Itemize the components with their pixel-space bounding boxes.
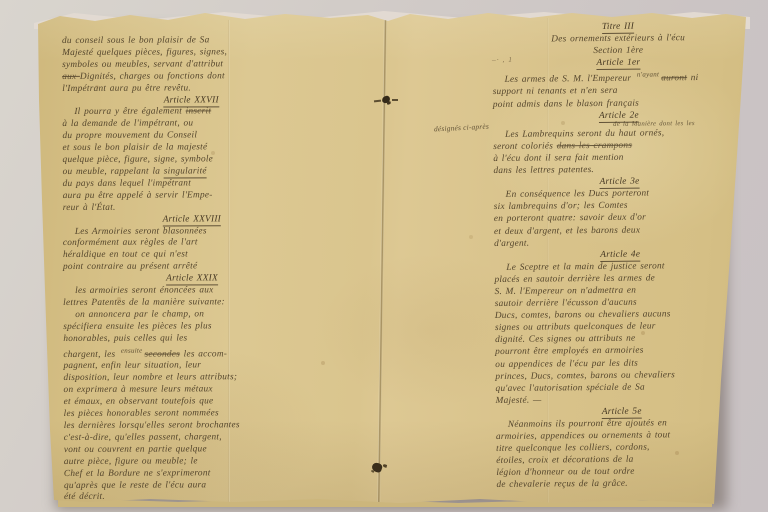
text-segment: quelque pièce, figure, signe, symbole xyxy=(63,154,214,165)
manuscript-line: disposition, leur nombre et leurs attrib… xyxy=(63,372,321,385)
text-segment: été décrit. xyxy=(64,492,105,502)
manuscript-line: les dernières lorsqu'elles seront brocha… xyxy=(64,420,322,433)
text-segment: chargent, les xyxy=(63,349,119,359)
text-segment: aux xyxy=(62,72,80,82)
manuscript-sheet: du conseil sous le bon plaisir de SaMaje… xyxy=(0,0,768,512)
manuscript-line: et sous le bon plaisir de la majesté xyxy=(62,142,320,155)
text-segment: dans les crampons xyxy=(557,141,633,152)
manuscript-line: on exprimera à mesure leurs métaux xyxy=(64,384,322,397)
text-segment: ou meuble, rappelant la xyxy=(63,167,164,177)
text-segment: du pays dans lequel l'impétrant xyxy=(63,178,191,189)
text-segment: les armoiries seront énoncées aux xyxy=(75,285,213,296)
text-segment: d'argent. xyxy=(494,238,529,248)
text-segment: six lambrequins d'or; les Comtes xyxy=(494,201,628,212)
manuscript-line: les armoiries seront énoncées aux xyxy=(63,285,321,298)
text-segment: placés en sautoir derrière les armes de xyxy=(494,273,655,285)
text-segment: conformément aux règles de l'art xyxy=(63,238,198,249)
text-segment: dans les lettres patentes. xyxy=(493,165,594,176)
manuscript-line: ou meuble, rappelant la singularité xyxy=(63,166,321,179)
text-segment: c'est-à-dire, qu'elles passent, chargent… xyxy=(64,432,222,443)
text-segment: en porteront quatre: savoir deux d'or xyxy=(494,213,646,224)
center-fold-line xyxy=(377,18,387,504)
text-segment: Les Lambrequins seront du haut ornés, xyxy=(505,128,664,140)
text-segment: signes ou attributs quelconques de leur xyxy=(495,322,656,334)
text-segment: Dignités, charges ou fonctions dont xyxy=(80,71,225,82)
text-segment: dignité. Ces signes ou attributs ne xyxy=(495,334,635,345)
right-page-text: Titre IIIDes ornements extérieurs à l'éc… xyxy=(492,20,748,492)
text-segment: inscrit xyxy=(186,107,212,117)
manuscript-line: qu'après que le reste de l'écu aura xyxy=(64,479,322,492)
manuscript-line: de chevalerie reçus de la grâce. xyxy=(496,477,748,492)
text-segment: Le Sceptre et la main de justice seront xyxy=(506,261,664,273)
text-segment: aura pu être appelé à servir l'Empe- xyxy=(63,190,213,201)
text-segment: héraldique en tout ce qui n'est xyxy=(63,250,188,261)
manuscript-line: aux Dignités, charges ou fonctions dont xyxy=(62,71,320,84)
manuscript-line: à la demande de l'impétrant, ou xyxy=(62,118,320,131)
text-segment: et deux d'argent, et les barons deux xyxy=(494,225,640,236)
text-segment: légion d'honneur ou de tout ordre xyxy=(496,467,634,478)
text-segment: Majesté quelques pièces, figures, signes… xyxy=(62,47,227,58)
manuscript-line: l'Impétrant aura pu être revêtu. xyxy=(62,82,320,95)
text-segment: autre pièce, figure ou meuble; le xyxy=(64,456,198,467)
text-segment: Il pourra y être également xyxy=(74,107,185,117)
manuscript-line: du conseil sous le bon plaisir de Sa xyxy=(62,35,320,48)
text-segment: les accom- xyxy=(180,349,227,359)
text-segment: Article XXVII xyxy=(164,95,219,107)
text-segment: secondes xyxy=(144,349,180,359)
manuscript-line: symboles ou meubles, servant d'attribut xyxy=(62,59,320,72)
margin-note: désignés ci-après xyxy=(434,122,489,134)
text-segment: reur à l'État. xyxy=(63,202,116,212)
text-segment: auront xyxy=(661,74,687,84)
manuscript-line: du propre mouvement du Conseil xyxy=(62,130,320,143)
text-segment: Article XXIX xyxy=(166,273,218,285)
text-segment: de la Manière dont les les xyxy=(613,120,695,128)
text-segment: disposition, leur nombre et leurs attrib… xyxy=(63,373,237,384)
left-page-text: du conseil sous le bon plaisir de SaMaje… xyxy=(62,35,322,504)
manuscript-line: du pays dans lequel l'impétrant xyxy=(63,178,321,191)
text-segment: Des ornements extérieurs à l'écu xyxy=(551,33,685,44)
text-segment: du conseil sous le bon plaisir de Sa xyxy=(62,35,209,46)
manuscript-line: et émaux, en observant toutefois que xyxy=(64,396,322,409)
text-segment: à la demande de l'impétrant, ou xyxy=(62,119,193,130)
stitch-blob xyxy=(381,95,390,104)
text-segment: point admis dans le blason français xyxy=(493,98,639,109)
text-segment: de chevalerie reçus de la grâce. xyxy=(496,479,627,490)
text-segment: et sous le bon plaisir de la majesté xyxy=(62,143,207,154)
text-segment: pourront être employés en armoiries xyxy=(495,346,643,357)
fold-stitch-ink-mark xyxy=(374,95,398,106)
manuscript-line: vont ou couvrent en partie quelque xyxy=(64,444,322,457)
text-segment: support ni tenants et n'en sera xyxy=(493,86,618,97)
text-segment: sautoir derrière l'écusson d'aucuns xyxy=(495,298,637,309)
text-segment: singularité xyxy=(164,166,207,178)
margin-mark: –· , 1 xyxy=(492,55,513,64)
text-segment: on annoncera par le champ, on xyxy=(75,309,204,320)
text-segment: du propre mouvement du Conseil xyxy=(62,131,197,142)
text-segment: n'ayant xyxy=(637,71,659,79)
manuscript-line: chargent, les ensuitesecondes les accom- xyxy=(63,344,321,361)
manuscript-line: Chef et la Bordure ne s'exprimeront xyxy=(64,467,322,480)
bottom-ink-blot xyxy=(371,462,383,474)
text-segment: seront coloriés xyxy=(493,141,557,152)
text-segment: lettres Patentes de la manière suivante: xyxy=(63,297,225,308)
text-segment: S. M. l'Empereur on n'admettra en xyxy=(495,286,637,297)
stitch-dash-right xyxy=(392,99,398,101)
text-segment: honorables, puis celles qui les xyxy=(63,333,187,344)
text-segment: les pièces honorables seront nommées xyxy=(64,408,219,419)
manuscript-line: Il pourra y être également inscrit xyxy=(62,106,320,119)
text-segment: qu'après que le reste de l'écu aura xyxy=(64,480,206,491)
manuscript-line: héraldique en tout ce qui n'est xyxy=(63,249,321,262)
text-segment: Chef et la Bordure ne s'exprimeront xyxy=(64,468,211,479)
manuscript-line: reur à l'État. xyxy=(63,202,321,215)
stitch-dash-left xyxy=(374,100,381,103)
manuscript-line: aura pu être appelé à servir l'Empe- xyxy=(63,190,321,203)
text-segment: armoiries, appendices ou ornements à tou… xyxy=(496,430,670,442)
manuscript-line: pagnent, enfin leur situation, leur xyxy=(63,360,321,373)
manuscript-line: Majesté quelques pièces, figures, signes… xyxy=(62,47,320,60)
text-segment: En conséquence les Ducs porteront xyxy=(506,189,650,200)
text-segment: l'Impétrant aura pu être revêtu. xyxy=(62,83,191,94)
text-segment: Ducs, comtes, barons ou chevaliers aucun… xyxy=(495,309,671,321)
text-segment: ensuite xyxy=(121,346,143,354)
text-segment: spécifiera ensuite les pièces les plus xyxy=(63,321,212,332)
manuscript-line: Article XXIX xyxy=(63,273,321,286)
text-segment: les dernières lorsqu'elles seront brocha… xyxy=(64,420,240,431)
text-segment: Article XXVIII xyxy=(163,214,222,226)
manuscript-line: on annoncera par le champ, on xyxy=(63,309,321,322)
text-segment: symboles ou meubles, servant d'attribut xyxy=(62,59,223,70)
manuscript-line: les pièces honorables seront nommées xyxy=(64,408,322,421)
text-segment: Section 1ère xyxy=(593,46,643,56)
manuscript-line: honorables, puis celles qui les xyxy=(63,333,321,346)
text-segment: étoiles, croix et décorations de la xyxy=(496,455,633,466)
foxing-spots xyxy=(0,0,2,2)
text-segment: point contraire au présent arrêté xyxy=(63,262,197,273)
text-segment: pagnent, enfin leur situation, leur xyxy=(63,361,201,372)
text-segment: Les armes de S. M. l'Empereur xyxy=(505,74,635,85)
text-segment: et émaux, en observant toutefois que xyxy=(64,397,214,408)
text-segment: on exprimera à mesure leurs métaux xyxy=(64,385,213,396)
text-segment: ni xyxy=(687,73,698,83)
manuscript-line: c'est-à-dire, qu'elles passent, chargent… xyxy=(64,432,322,445)
manuscript-line: Article XXVIII xyxy=(63,213,321,226)
text-segment: qu'avec l'autorisation spéciale de Sa xyxy=(495,382,645,393)
manuscript-line: spécifiera ensuite les pièces les plus xyxy=(63,321,321,334)
manuscript-photo: du conseil sous le bon plaisir de SaMaje… xyxy=(0,0,768,512)
manuscript-line: autre pièce, figure ou meuble; le xyxy=(64,456,322,469)
text-segment: princes, Ducs, comtes, barons ou chevali… xyxy=(495,370,675,382)
manuscript-line: conformément aux règles de l'art xyxy=(63,237,321,250)
text-segment: Les Armoiries seront blasonnées xyxy=(75,226,207,237)
manuscript-line: point contraire au présent arrêté xyxy=(63,261,321,274)
text-segment: Néanmoins ils pourront être ajoutés en xyxy=(508,418,667,430)
manuscript-line: quelque pièce, figure, signe, symbole xyxy=(63,154,321,167)
text-segment: vont ou couvrent en partie quelque xyxy=(64,444,207,455)
text-segment: Majesté. — xyxy=(496,395,542,405)
manuscript-line: lettres Patentes de la manière suivante: xyxy=(63,297,321,310)
text-segment: titre quelconque les colliers, cordons, xyxy=(496,443,650,454)
text-segment: ou appendices de l'écu par les dits xyxy=(495,358,638,369)
text-segment: à l'écu dont il sera fait mention xyxy=(493,153,623,164)
